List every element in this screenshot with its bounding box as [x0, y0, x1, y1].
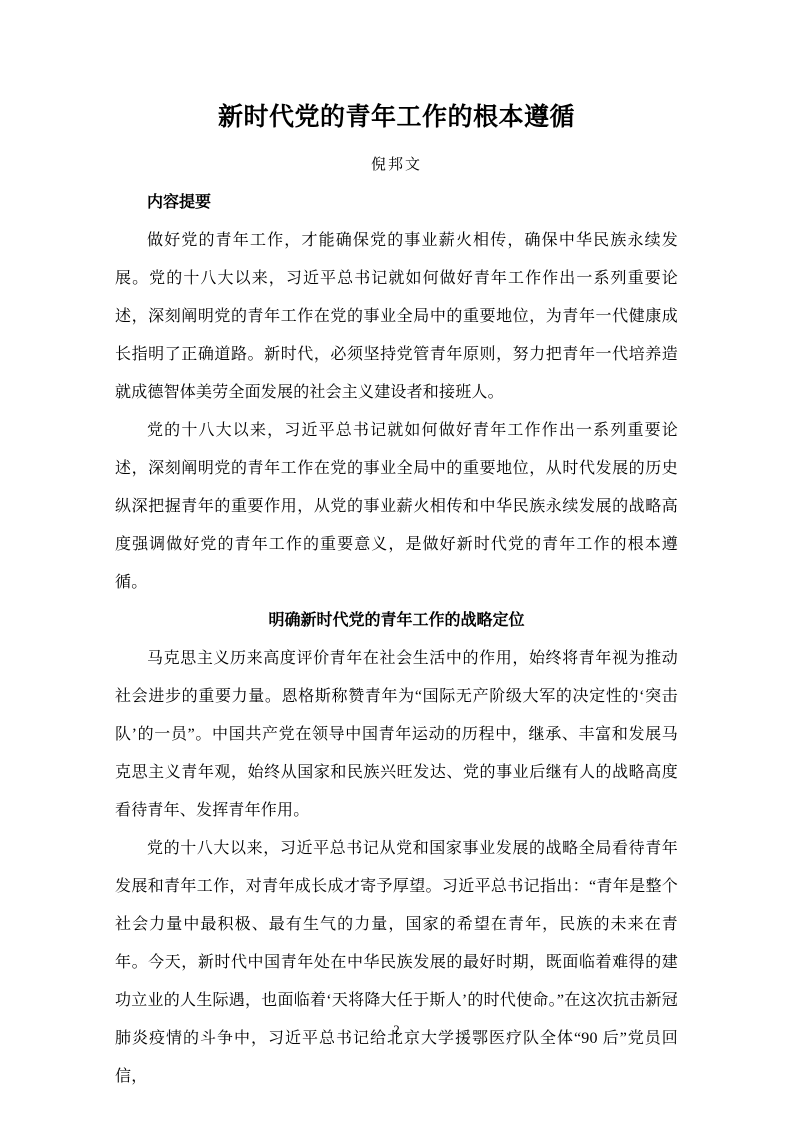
document-page: 新时代党的青年工作的根本遵循 倪邦文 内容提要 做好党的青年工作，才能确保党的事…	[0, 0, 793, 1122]
section-heading: 明确新时代党的青年工作的战略定位	[115, 602, 678, 640]
document-author: 倪邦文	[115, 146, 678, 184]
document-content: 新时代党的青年工作的根本遵循 倪邦文 内容提要 做好党的青年工作，才能确保党的事…	[115, 0, 678, 1096]
document-title: 新时代党的青年工作的根本遵循	[115, 98, 678, 138]
abstract-paragraph: 党的十八大以来，习近平总书记就如何做好青年工作作出一系列重要论述，深刻阐明党的青…	[115, 412, 678, 602]
section-paragraph: 马克思主义历来高度评价青年在社会生活中的作用，始终将青年视为推动社会进步的重要力…	[115, 640, 678, 830]
abstract-heading: 内容提要	[115, 184, 678, 222]
abstract-paragraph: 做好党的青年工作，才能确保党的事业薪火相传，确保中华民族永续发展。党的十八大以来…	[115, 222, 678, 412]
page-number: 2	[0, 1020, 793, 1040]
section-paragraph: 党的十八大以来，习近平总书记从党和国家事业发展的战略全局看待青年发展和青年工作，…	[115, 830, 678, 1096]
